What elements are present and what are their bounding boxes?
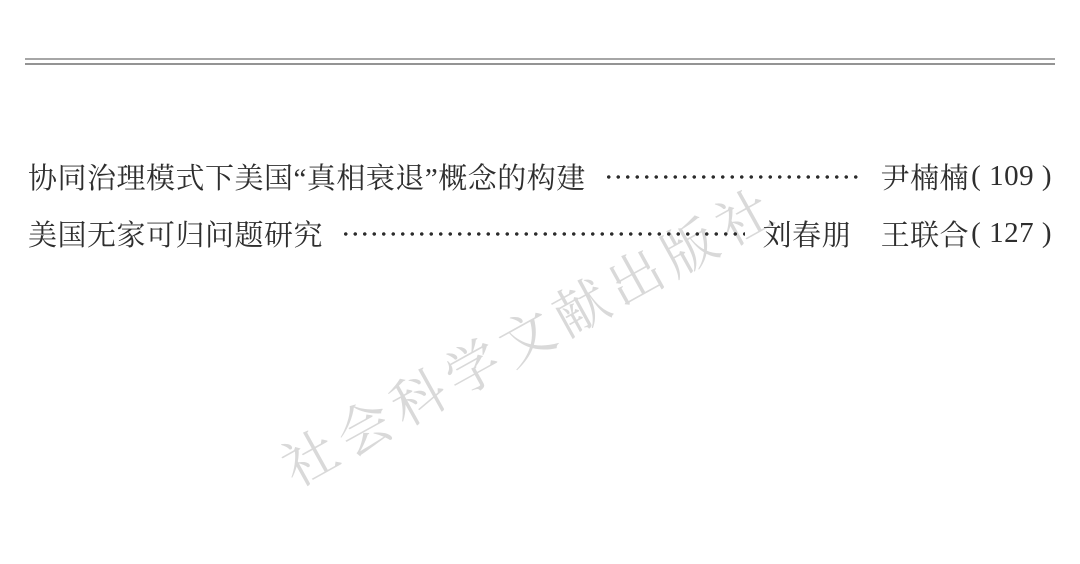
toc-entry-authors: 尹楠楠 [881, 156, 970, 197]
toc-page: 社会科学文献出版社 协同治理模式下美国“真相衰退”概念的构建 尹楠楠 ( 109… [0, 0, 1080, 564]
toc-entry-title: 美国无家可归问题研究 [28, 213, 323, 254]
toc-list: 协同治理模式下美国“真相衰退”概念的构建 尹楠楠 ( 109 ) 美国无家可归问… [28, 155, 1052, 269]
dot-leader [341, 228, 745, 240]
toc-entry: 协同治理模式下美国“真相衰退”概念的构建 尹楠楠 ( 109 ) [28, 155, 1052, 198]
toc-entry-page-number: ( 127 ) [971, 217, 1052, 250]
toc-entry: 美国无家可归问题研究 刘春朋 王联合 ( 127 ) [28, 212, 1052, 255]
header-double-rule [25, 58, 1055, 65]
toc-entry-title: 协同治理模式下美国“真相衰退”概念的构建 [28, 156, 586, 197]
dot-leader [604, 171, 863, 183]
toc-entry-page-number: ( 109 ) [971, 160, 1052, 193]
toc-entry-authors: 刘春朋 王联合 [763, 213, 970, 254]
